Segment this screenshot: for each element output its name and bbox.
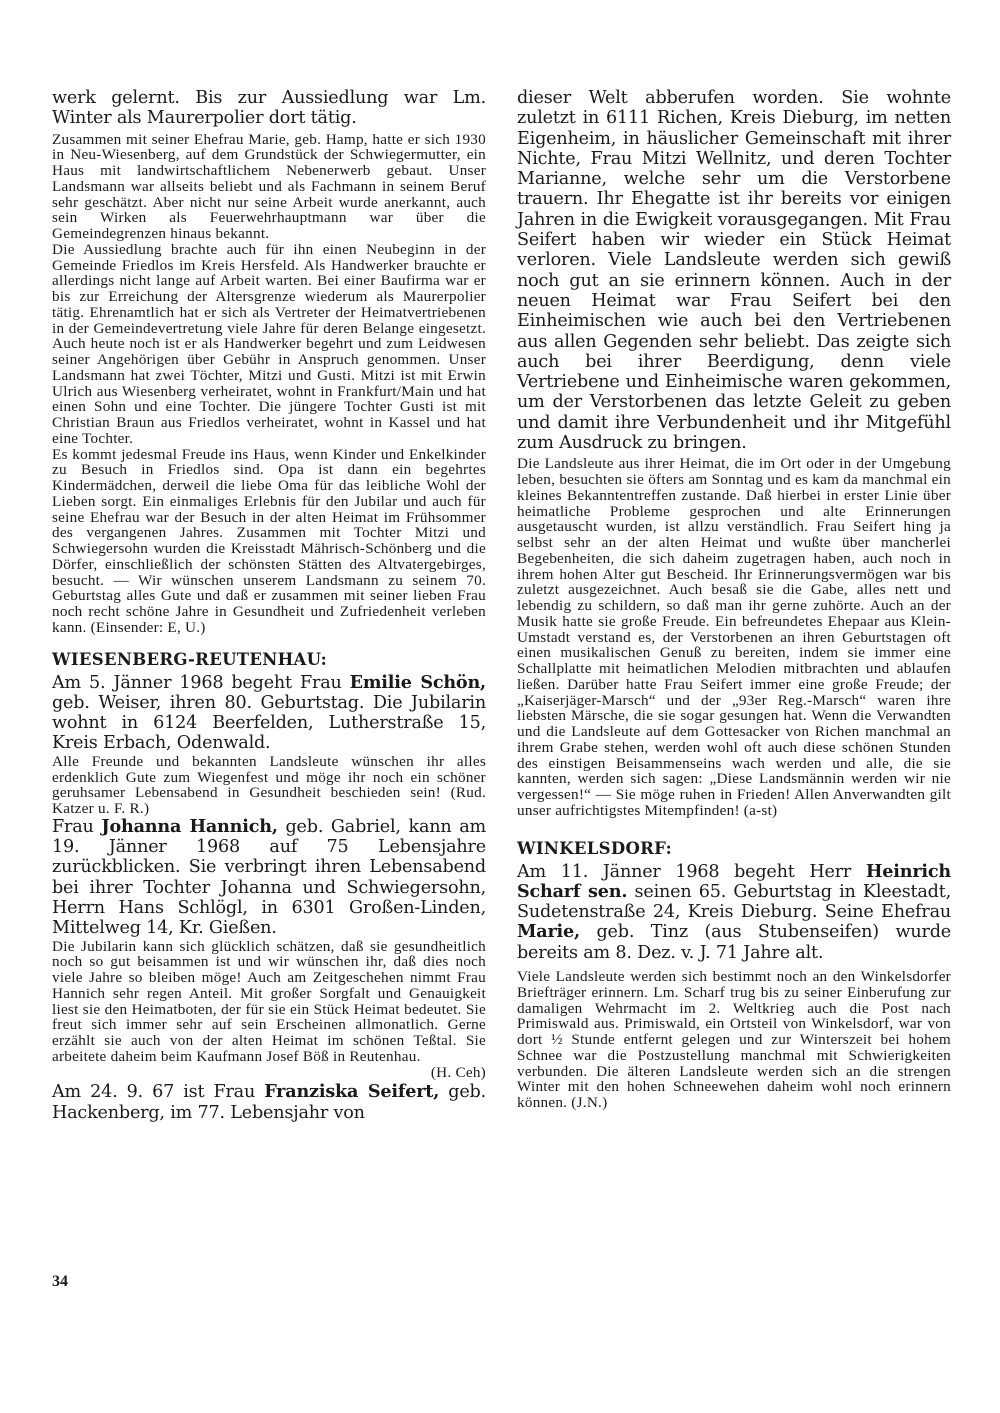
signature: (H. Ceh): [52, 1065, 486, 1081]
lead-text: geb. Weiser, ihren 80. Geburtstag. Die J…: [52, 693, 486, 754]
section-heading-winkelsdorf: WINKELSDORF:: [517, 839, 951, 858]
article-paragraph: Viele Landsleute werden sich bestimmt no…: [517, 969, 951, 1111]
lead-text: Am 5. Jänner 1968 begeht Frau: [52, 673, 350, 693]
continued-text: werk gelernt. Bis zur Aussiedlung war Lm…: [52, 88, 486, 129]
obituary-continued: dieser Welt abberufen worden. Sie wohnte…: [517, 88, 951, 453]
section-heading-wiesenberg-reutenhau: WIESENBERG-REUTENHAU:: [52, 650, 486, 669]
birthday-lead-schoen: Am 5. Jänner 1968 begeht Frau Emilie Sch…: [52, 673, 486, 754]
article-paragraph: Zusammen mit seiner Ehefrau Marie, geb. …: [52, 132, 486, 242]
birthday-lead-hannich: Frau Johanna Hannich, geb. Gabriel, kann…: [52, 817, 486, 939]
obituary-lead-seifert: Am 24. 9. 67 ist Frau Franziska Seifert,…: [52, 1082, 486, 1123]
birthday-lead-scharf: Am 11. Jänner 1968 begeht Herr Heinrich …: [517, 862, 951, 963]
lead-text: geb. Tinz (aus Stubenseifen) wurde berei…: [517, 922, 951, 962]
article-paragraph: Die Landsleute aus ihrer Heimat, die im …: [517, 456, 951, 818]
person-name: Franziska Seifert,: [264, 1081, 439, 1102]
lead-text: Frau: [52, 817, 101, 837]
article-paragraph: Alle Freunde und bekannten Landsleute wü…: [52, 754, 486, 817]
page-number: 34: [52, 1273, 68, 1291]
person-name: Johanna Hannich,: [101, 816, 277, 837]
person-name: Marie,: [517, 921, 580, 942]
article-paragraph: Die Aussiedlung brachte auch für ihn ein…: [52, 242, 486, 447]
left-column: werk gelernt. Bis zur Aussiedlung war Lm…: [52, 88, 486, 1123]
right-column: dieser Welt abberufen worden. Sie wohnte…: [517, 88, 951, 1111]
person-name: Emilie Schön,: [350, 672, 486, 693]
article-paragraph: Die Jubilarin kann sich glücklich schätz…: [52, 939, 486, 1081]
body-text: Die Jubilarin kann sich glücklich schätz…: [52, 938, 486, 1065]
article-paragraph: Es kommt jedesmal Freude ins Haus, wenn …: [52, 447, 486, 636]
lead-text: Am 24. 9. 67 ist Frau: [52, 1082, 264, 1102]
lead-text: Am 11. Jänner 1968 begeht Herr: [517, 862, 866, 882]
